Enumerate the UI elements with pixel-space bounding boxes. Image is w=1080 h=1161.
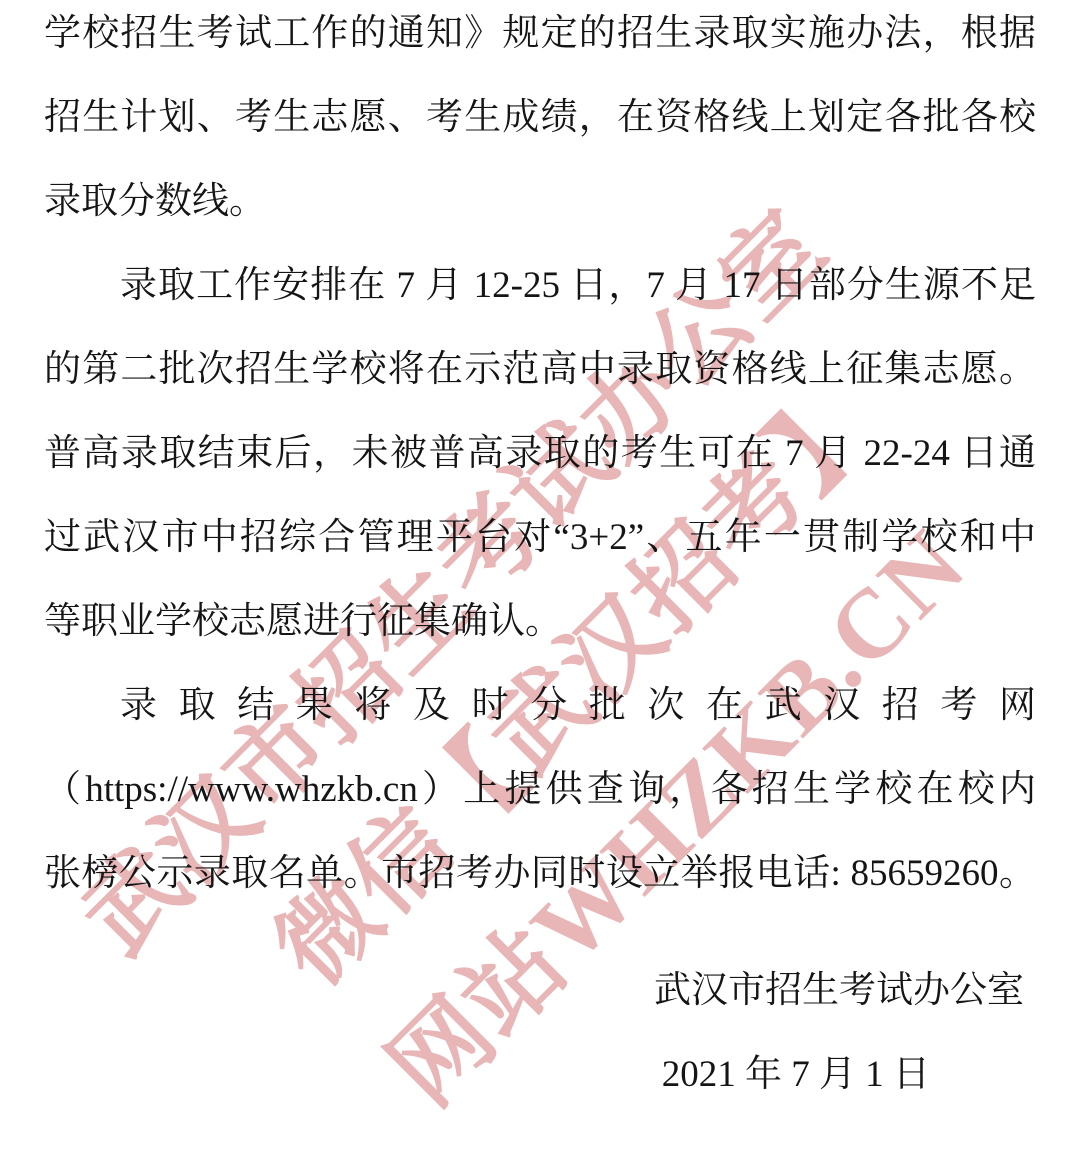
document-page: 武汉市招生考试办公室 微信【武汉招考】 网站WHZKB.CN 学校招生考试工作的… xyxy=(0,0,1080,1161)
text-line: （https://www.whzkb.cn）上提供查询，各招生学校在校内 xyxy=(44,748,1036,832)
text-line: 过武汉市中招综合管理平台对“3+2”、五年一贯制学校和中 xyxy=(44,496,1036,580)
text-line: 招生计划、考生志愿、考生成绩，在资格线上划定各批各校 xyxy=(44,76,1036,160)
text-line-spread: 录取结果将及时分批次在武汉招考网 xyxy=(44,664,1036,748)
text-line: 普高录取结束后，未被普高录取的考生可在 7 月 22-24 日通 xyxy=(44,412,1036,496)
text-line: 学校招生考试工作的通知》规定的招生录取实施办法，根据 xyxy=(44,0,1036,76)
document-body: 学校招生考试工作的通知》规定的招生录取实施办法，根据 招生计划、考生志愿、考生成… xyxy=(0,0,1080,1117)
text-line: 录取工作安排在 7 月 12-25 日，7 月 17 日部分生源不足 xyxy=(44,244,1036,328)
text-line: 张榜公示录取名单。市招考办同时设立举报电话: 85659260。 xyxy=(44,832,1036,916)
date: 2021 年 7 月 1 日 xyxy=(44,1033,1036,1117)
text-line: 的第二批次招生学校将在示范高中录取资格线上征集志愿。 xyxy=(44,328,1036,412)
text-line: 录取分数线。 xyxy=(44,160,1036,244)
text-line: 等职业学校志愿进行征集确认。 xyxy=(44,580,1036,664)
signature: 武汉市招生考试办公室 xyxy=(44,949,1036,1033)
